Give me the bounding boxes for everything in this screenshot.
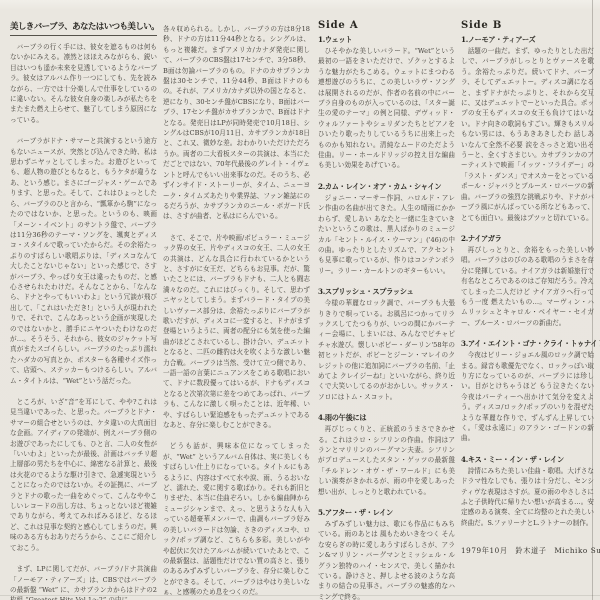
track-description: みずみずしい魅力は、歌にも作品にもみちている。雨のあとは 風もためいきをつく そ…	[318, 519, 455, 600]
track-item: 3.スプリッシュ・スプラッシュ今様の華麗なロック調で、バーブラも大張りきりで唄っ…	[318, 286, 455, 402]
track-description: 再びじっくりと、正統派のうまさできかせる。これはラロ・シフリンの作曲。作詞はアラ…	[318, 424, 455, 497]
track-title: 2.ナイアガラ	[461, 233, 594, 245]
track-description: ひそやかな美しいバラード。“Wet”という最初の一語をきいただけで、ゾクッとする…	[318, 46, 455, 171]
essay-paragraph: ところが、いざ“音”を耳にして、やや?これは見当違いであった、と思った。バーブラ…	[10, 397, 157, 553]
track-item: 4.キス・ミー・イン・ザ・レイン詩情にみちた美しい佳曲・歌唱。大げさなドラマ性な…	[461, 454, 594, 528]
track-title: 1.ウェット	[318, 34, 455, 46]
page-edge-rule	[592, 0, 593, 600]
track-title: 3.アイ・エイント・ゴナ・クライ・トゥナイト	[461, 338, 594, 350]
liner-notes-page: 美しきバーブラ、あなたはいつも美しい。 バーブラの行く手には、彼女を遮るものは何…	[0, 0, 600, 600]
track-description: ジョニー・マーサー作詞、ハロルド・アレン作曲の名曲が出てきた。人生の晴雨にかかわ…	[318, 193, 455, 276]
essay-column-2-text: 各々収められる。しかし、バーブラの方は8分18秒、ドナの方は11分44秒となる。…	[163, 24, 310, 598]
track-title: 4.キス・ミー・イン・ザ・レイン	[461, 454, 594, 466]
track-description: 再びしっとりと、余裕をもった美しい妙唱。バーブラはのびのある歌唱のうまさを存分に…	[461, 245, 594, 328]
track-title: 2.カム・レイン・オア・カム・シャイン	[318, 181, 455, 193]
essay-title: 美しきバーブラ、あなたはいつも美しい。	[10, 20, 157, 36]
essay-paragraph: バーブラがドナ・サマーと共演するという途方もないニュースが、突然とび込んできた時…	[10, 136, 157, 386]
side-b-tracklist: 1.ノーモア・ティアーズ話題の一曲だ。まず、ゆったりとした出だしで、バーブラがし…	[461, 34, 594, 528]
essay-column-2: 各々収められる。しかし、バーブラの方は8分18秒、ドナの方は11分44秒となる。…	[163, 24, 310, 598]
essay-paragraph: さて、そこで、片や映画/ポピュラー・ミュージック界の女王、片やディスコの女王、二…	[163, 233, 310, 431]
essay-column-1-text: バーブラの行く手には、彼女を遮るものは何もないかにみえる。凛然とほほえみながらも…	[10, 42, 157, 600]
track-item: 4.雨の午後には再びじっくりと、正統派のうまさできかせる。これはラロ・シフリンの…	[318, 412, 455, 497]
track-description: 詩情にみちた美しい佳曲・歌唱。大げさなドラマ性なしでも、張りは十分だし、センシテ…	[461, 466, 594, 528]
side-a-tracklist: 1.ウェットひそやかな美しいバラード。“Wet”という最初の一語をきいただけで、…	[318, 34, 455, 600]
essay-paragraph: 各々収められる。しかし、バーブラの方は8分18秒、ドナの方は11分44秒となる。…	[163, 24, 310, 222]
track-title: 1.ノーモア・ティアーズ	[461, 34, 594, 46]
track-title: 5.アフター・ザ・レイン	[318, 507, 455, 519]
track-item: 2.カム・レイン・オア・カム・シャインジョニー・マーサー作詞、ハロルド・アレン作…	[318, 181, 455, 276]
track-title: 4.雨の午後には	[318, 412, 455, 424]
track-item: 1.ウェットひそやかな美しいバラード。“Wet”という最初の一語をきいただけで、…	[318, 34, 455, 171]
track-title: 3.スプリッシュ・スプラッシュ	[318, 286, 455, 298]
side-b-heading: Side B	[461, 20, 594, 31]
track-description: 話題の一曲だ。まず、ゆったりとした出だしで、バーブラがしっとりとヴァースを歌う。…	[461, 46, 594, 223]
track-item: 1.ノーモア・ティアーズ話題の一曲だ。まず、ゆったりとした出だしで、バーブラがし…	[461, 34, 594, 223]
side-a-heading: Side A	[318, 20, 455, 31]
bottom-fold-line	[0, 595, 600, 596]
side-b-column: Side B 1.ノーモア・ティアーズ話題の一曲だ。まず、ゆったりとした出だしで…	[461, 20, 594, 556]
track-description: 今夜はビリー・ジョエル風のロック調で始まる。録音も歌優先でなく、ロックっぽい取り…	[461, 350, 594, 444]
side-a-column: Side A 1.ウェットひそやかな美しいバラード。“Wet”という最初の一語を…	[318, 20, 455, 600]
essay-paragraph: バーブラの行く手には、彼女を遮るものは何もないかにみえる。凛然とほほえみながらも…	[10, 42, 157, 125]
essay-paragraph: どうも話が、興味本位になってしまったが、“Wet” というアルバム自体は、実に美…	[163, 441, 310, 597]
essay-column-1: 美しきバーブラ、あなたはいつも美しい。 バーブラの行く手には、彼女を遮るものは何…	[10, 20, 157, 600]
author-credit: 1979年10月 鈴木道子 Michiko Suzuki	[461, 546, 594, 556]
track-description: 今様の華麗なロック調で、バーブラも大張りきりで唄っている。お風呂につかってリラッ…	[318, 298, 455, 402]
track-item: 3.アイ・エイント・ゴナ・クライ・トゥナイト今夜はビリー・ジョエル風のロック調で…	[461, 338, 594, 444]
track-item: 2.ナイアガラ再びしっとりと、余裕をもった美しい妙唱。バーブラはのびのある歌唱の…	[461, 233, 594, 328]
track-item: 5.アフター・ザ・レインみずみずしい魅力は、歌にも作品にもみちている。雨のあとは…	[318, 507, 455, 600]
